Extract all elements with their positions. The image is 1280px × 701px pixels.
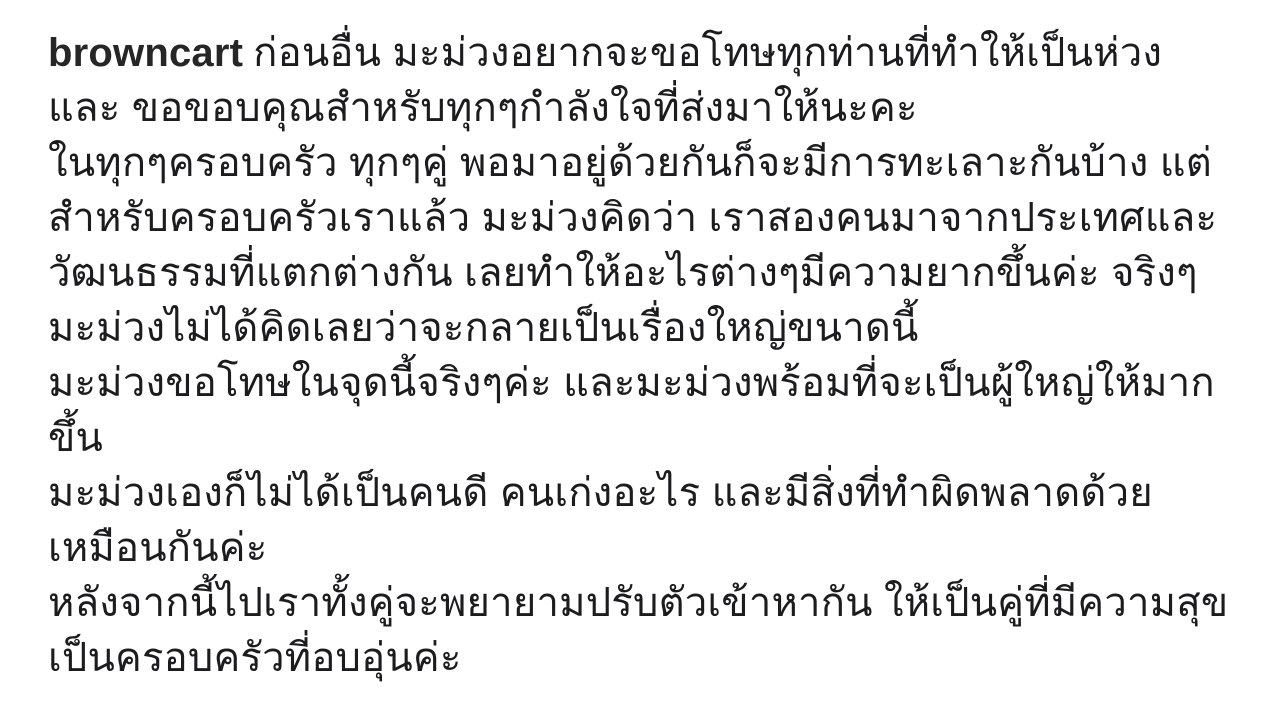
caption-line: วัฒนธรรมที่แตกต่างกัน เลยทำให้อะไรต่างๆม… [48,246,1240,301]
caption-line-text: ในทุกๆครอบครัว ทุกๆคู่ พอมาอยู่ด้วยกันก็… [48,141,1212,185]
caption-line-text: เป็นครอบครัวที่อบอุ่นค่ะ [48,636,462,680]
caption-line-text: สำหรับครอบครัวเราแล้ว มะม่วงคิดว่า เราสอ… [48,196,1217,240]
caption-line-text: และ ขอขอบคุณสำหรับทุกๆกำลังใจที่ส่งมาให้… [48,86,918,130]
caption-line: เป็นครอบครัวที่อบอุ่นค่ะ [48,631,1240,686]
caption-line: เหมือนกันค่ะ [48,521,1240,576]
caption-line: ในทุกๆครอบครัว ทุกๆคู่ พอมาอยู่ด้วยกันก็… [48,136,1240,191]
caption-line-text: ขึ้น [48,416,103,460]
caption-line: browncartก่อนอื่น มะม่วงอยากจะขอโทษทุกท่… [48,26,1240,81]
post-caption: browncartก่อนอื่น มะม่วงอยากจะขอโทษทุกท่… [0,0,1280,686]
caption-line: มะม่วงไม่ได้คิดเลยว่าจะกลายเป็นเรื่องใหญ… [48,301,1240,356]
caption-line-text: หลังจากนี้ไปเราทั้งคู่จะพยายามปรับตัวเข้… [48,581,1228,625]
caption-line-text: มะม่วงเองก็ไม่ได้เป็นคนดี คนเก่งอะไร และ… [48,471,1153,515]
caption-line-text: มะม่วงไม่ได้คิดเลยว่าจะกลายเป็นเรื่องใหญ… [48,306,919,350]
caption-line: หลังจากนี้ไปเราทั้งคู่จะพยายามปรับตัวเข้… [48,576,1240,631]
caption-line-text: มะม่วงขอโทษในจุดนี้จริงๆค่ะ และมะม่วงพร้… [48,361,1215,405]
username-link[interactable]: browncart [48,31,243,75]
caption-line: และ ขอขอบคุณสำหรับทุกๆกำลังใจที่ส่งมาให้… [48,81,1240,136]
caption-line: สำหรับครอบครัวเราแล้ว มะม่วงคิดว่า เราสอ… [48,191,1240,246]
caption-line: มะม่วงเองก็ไม่ได้เป็นคนดี คนเก่งอะไร และ… [48,466,1240,521]
caption-line: ขึ้น [48,411,1240,466]
caption-line-text: ก่อนอื่น มะม่วงอยากจะขอโทษทุกท่านที่ทำให… [253,31,1162,75]
caption-line: มะม่วงขอโทษในจุดนี้จริงๆค่ะ และมะม่วงพร้… [48,356,1240,411]
caption-line-text: วัฒนธรรมที่แตกต่างกัน เลยทำให้อะไรต่างๆม… [48,251,1198,295]
caption-line-text: เหมือนกันค่ะ [48,526,267,570]
